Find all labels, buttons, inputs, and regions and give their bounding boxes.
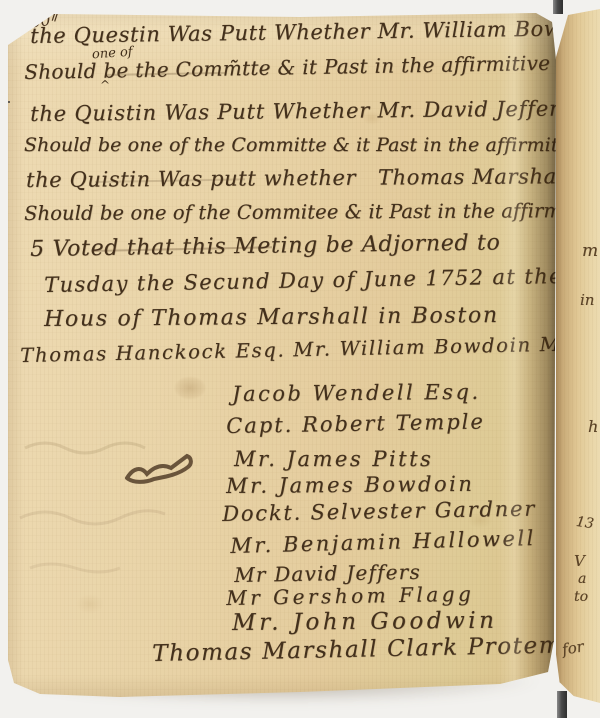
- manuscript-line-9: Hous of Thomas Marshall in Boston: [44, 303, 499, 332]
- insertion-caret: ^: [100, 78, 110, 92]
- manuscript-line-20: Thomas Marshall Clark Protempre: [152, 631, 600, 667]
- manuscript-line-8: Tusday the Secund Day of June 1752 at th…: [44, 264, 563, 297]
- manuscript-line-6: Should be one of the Commitee & it Past …: [24, 199, 600, 225]
- facing-text-fragment: h: [588, 417, 598, 436]
- manuscript-line-11: Jacob Wendell Esq.: [232, 380, 481, 406]
- manuscript-line-16: Mr. Benjamin Hallowell: [230, 526, 536, 558]
- facing-text-fragment: V: [574, 552, 585, 570]
- manuscript-line-3: the Quistin Was Putt Whether Mr. David J…: [30, 96, 572, 126]
- facing-text-fragment: in: [580, 291, 594, 309]
- page-number-mark: ∥: [49, 5, 61, 24]
- manuscript-line-19: Mr. John Goodwin: [232, 608, 498, 636]
- facing-text-fragment: 13: [575, 514, 595, 532]
- manuscript-line-1: the Questin Was Putt Whether Mr. William…: [30, 16, 600, 48]
- manuscript-line-4: Should be one of the Committe & it Past …: [24, 134, 587, 156]
- scan-canvas: 130 ∥ the Questin Was Putt Whether Mr. W…: [0, 0, 600, 718]
- facing-text-fragment: m: [582, 241, 598, 261]
- ink-bleed-mark: [127, 456, 191, 482]
- facing-page-sliver: m in h 13 V a to for: [556, 9, 600, 703]
- manuscript-line-5: the Quistin Was putt whether Thomas Mars…: [26, 164, 571, 192]
- binding-rod-top: [553, 0, 563, 14]
- facing-text-fragment: a: [578, 571, 586, 587]
- facing-text-fragment: to: [574, 589, 588, 605]
- interlinear-insertion: one of: [92, 45, 134, 63]
- ink-specks: [0, 94, 14, 114]
- verso-show-through: [15, 420, 275, 590]
- binding-rod-bottom: [557, 691, 567, 718]
- facing-text-fragment: for: [561, 637, 586, 659]
- manuscript-line-10: Thomas Hanckock Esq. Mr. William Bowdoin…: [20, 331, 600, 367]
- manuscript-page: 130 ∥ the Questin Was Putt Whether Mr. W…: [0, 0, 600, 718]
